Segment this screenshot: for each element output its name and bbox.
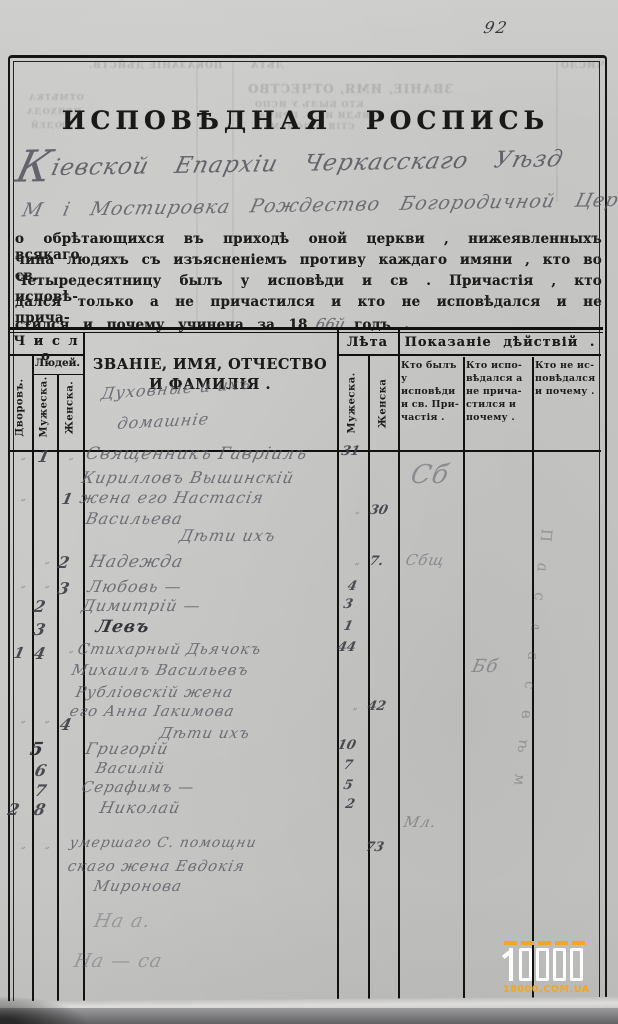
table-rule [8, 332, 603, 333]
handwriting-entry: Дѣти ихъ [158, 724, 252, 742]
table-rule-top [8, 327, 603, 330]
handwriting-entry: 30 [368, 503, 389, 518]
handwriting-entry: Рубліовскій жена [74, 683, 235, 701]
watermark-url: 18000.COM.UA [503, 984, 595, 995]
digit-1 [503, 948, 515, 981]
header-leta-zhenska: Женска [378, 374, 389, 434]
table-column-line [32, 354, 34, 1003]
header-pokazanie: Показаніе дѣйствій . [400, 335, 600, 350]
handwriting-entry: Бб [470, 656, 501, 677]
handwriting-entry: его Анна Іакимова [68, 702, 237, 720]
page-edge-shadow [0, 1008, 618, 1024]
action-column-header-line: у исповѣди [401, 372, 461, 398]
action-column-header-line: Кто не ис- [535, 359, 600, 372]
page-edge-corner [0, 996, 90, 1024]
handwriting-entry: Любовь — [86, 577, 184, 596]
handwriting-entry: Серафимъ — [80, 778, 196, 796]
header-action-col2: Кто испо-вѣдался ане прича-стился ипочем… [466, 359, 530, 424]
watermark-dashes [504, 941, 595, 945]
handwriting-entry: Василій [94, 759, 167, 777]
action-column-header-line: и почему . [535, 385, 600, 398]
digit-0 [553, 948, 566, 981]
table-column-line [463, 357, 465, 1003]
handwriting-entry: 10 [336, 738, 357, 753]
header-leta-muzheska: Мужеска. [347, 374, 358, 434]
watermark-logo: 18000.COM.UA [503, 941, 595, 995]
table-column-line [368, 356, 370, 1003]
handwriting-entry: Димитрій — [80, 596, 203, 615]
action-column-header-line: и св. При- [401, 398, 461, 411]
handwriting-entry: Михаилъ Васильевъ [70, 661, 251, 679]
header-zhenska: Женска. [65, 378, 76, 438]
header-leta: Лѣта [337, 335, 398, 350]
preamble-line: дался только а не причастился и кто не и… [15, 294, 602, 315]
table-column-line [337, 330, 339, 1003]
handwriting-entry: 44 [336, 640, 357, 655]
handwritten-year: 66й [314, 315, 347, 333]
handwriting-entry: умершаго С. помощни [68, 835, 258, 851]
handwriting-entry: Дѣти ихъ [178, 526, 278, 545]
table-column-line [398, 330, 400, 1003]
preamble-line: о обрѣтающихся въ приходѣ оной церкви , … [15, 231, 602, 252]
preamble-line: Четыредесятницу былъ у исповѣди и св . П… [15, 273, 602, 294]
handwriting-entry: 31 [340, 444, 361, 459]
action-column-header-line: вѣдался а [466, 372, 530, 385]
handwriting-entry: Николай [98, 798, 183, 817]
header-zvanie-line1: ЗВАНІЕ, ИМЯ, ОТЧЕСТВО [85, 356, 335, 373]
document-title: ИСПОВѢДНАЯ РОСПИСЬ [8, 106, 603, 135]
header-action-col3: Кто не ис-повѣдалсяи почему . [535, 359, 600, 398]
handwriting-entry: Священникъ Гавріилъ [84, 444, 309, 464]
handwriting-entry: Кирилловъ Вышинскій [80, 468, 296, 487]
table-rule [337, 354, 601, 356]
digit-0 [570, 948, 583, 981]
scanned-document-page: 92 ЗВАНІЕ, ИМЯ, ОТЧЕСТВОЛѢТАПОКАЗАНІЕ ДѢ… [0, 0, 618, 1024]
header-action-col1: Кто былъу исповѣдии св. При-частія . [401, 359, 461, 424]
handwriting-entry: Григорій [84, 739, 171, 758]
handwriting-entry: Надежда [88, 552, 185, 572]
action-column-header-line: повѣдался [535, 372, 600, 385]
handwriting-entry: Мл. [402, 813, 439, 831]
handwriting-entry: Сб [408, 460, 452, 490]
action-column-header-line: частія . [401, 411, 461, 424]
preamble-year-before: стился и почему учинена за 18 [15, 317, 307, 333]
preamble-line: чина людяхъ съ изъясненіемъ противу кажд… [15, 252, 602, 273]
handwriting-entry: 73 [364, 840, 385, 855]
watermark-digits-18000 [503, 948, 595, 981]
handwriting-entry: Левъ [94, 617, 152, 637]
header-dvorov: Дворовъ. [15, 378, 26, 438]
handwriting-entry: 42 [366, 699, 387, 714]
handwriting-entry: Миронова [92, 877, 184, 895]
action-column-header-line: Кто испо- [466, 359, 530, 372]
preamble-lines: о обрѣтающихся въ приходѣ оной церкви , … [15, 231, 602, 315]
preamble-year-after: годъ . [354, 317, 409, 333]
handwriting-entry: Стихарный Дьячокъ [76, 640, 263, 658]
handwriting-entry: На — са [72, 950, 165, 972]
action-column-header-line: не прича- [466, 385, 530, 398]
handwriting-entry: Сбщ [404, 551, 446, 569]
header-muzheska: Мужеска. [39, 378, 50, 438]
handwriting-entry: На а. [92, 910, 153, 932]
action-column-header-line: стился и [466, 398, 530, 411]
digit-0 [536, 948, 549, 981]
action-column-header-line: почему . [466, 411, 530, 424]
action-column-header-line: Кто былъ [401, 359, 461, 372]
preamble: о обрѣтающихся въ приходѣ оной церкви , … [15, 231, 602, 336]
handwriting-entry: скаго жена Евдокія [66, 857, 247, 875]
header-ludey: Людей. [32, 357, 83, 369]
handwriting-entry: Васильева [84, 509, 185, 528]
digit-8 [519, 948, 532, 981]
table-column-line [57, 374, 59, 1003]
handwriting-entry: жена его Настасія [78, 488, 266, 507]
page-number: 92 [482, 18, 510, 37]
